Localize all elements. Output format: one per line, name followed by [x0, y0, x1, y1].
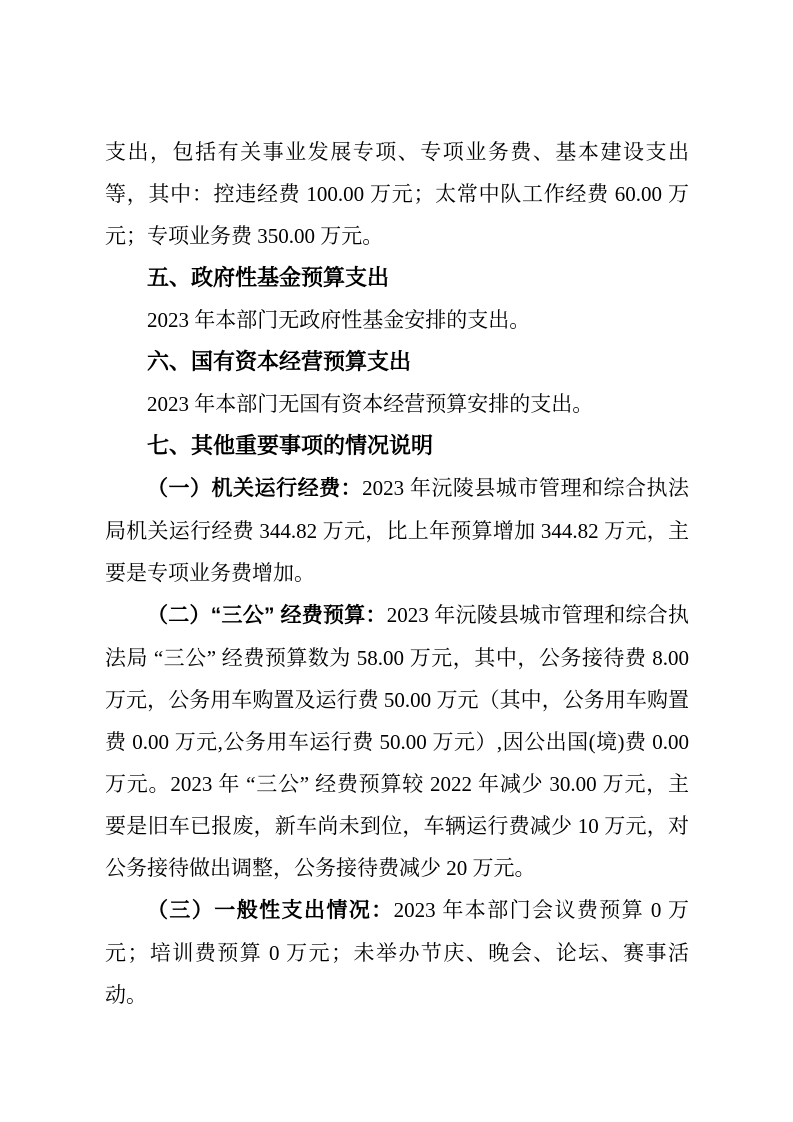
- paragraph-three-public-expenses-budget-lead: （二）“三公” 经费预算：: [147, 604, 387, 627]
- section-heading-state-capital-budget: 六、国有资本经营预算支出: [105, 341, 689, 383]
- paragraph-government-fund-budget-text: 2023 年本部门无政府性基金安排的支出。: [147, 308, 530, 332]
- paragraph-state-capital-budget: 2023 年本部门无国有资本经营预算安排的支出。: [105, 383, 689, 425]
- paragraph-state-capital-budget-text: 2023 年本部门无国有资本经营预算安排的支出。: [147, 392, 593, 416]
- paragraph-three-public-expenses-budget: （二）“三公” 经费预算：2023 年沅陵县城市管理和综合执法局 “三公” 经费…: [105, 594, 689, 889]
- continued-paragraph-text: 支出，包括有关事业发展专项、专项业务费、基本建设支出等，其中：控违经费 100.…: [105, 140, 689, 248]
- paragraph-three-public-expenses-budget-text: 2023 年沅陵县城市管理和综合执法局 “三公” 经费预算数为 58.00 万元…: [105, 603, 689, 880]
- document-page: 支出，包括有关事业发展专项、专项业务费、基本建设支出等，其中：控违经费 100.…: [0, 0, 793, 1122]
- section-heading-other-important-items: 七、其他重要事项的情况说明: [105, 425, 689, 467]
- paragraph-agency-operating-funds-lead: （一）机关运行经费：: [147, 477, 362, 500]
- paragraph-government-fund-budget: 2023 年本部门无政府性基金安排的支出。: [105, 299, 689, 341]
- section-heading-government-fund-budget: 五、政府性基金预算支出: [105, 257, 689, 299]
- continued-paragraph: 支出，包括有关事业发展专项、专项业务费、基本建设支出等，其中：控违经费 100.…: [105, 131, 689, 257]
- paragraph-general-expenditure-lead: （三）一般性支出情况：: [147, 899, 394, 922]
- paragraph-general-expenditure: （三）一般性支出情况：2023 年本部门会议费预算 0 万元；培训费预算 0 万…: [105, 889, 689, 1016]
- paragraph-agency-operating-funds: （一）机关运行经费：2023 年沅陵县城市管理和综合执法局机关运行经费 344.…: [105, 467, 689, 594]
